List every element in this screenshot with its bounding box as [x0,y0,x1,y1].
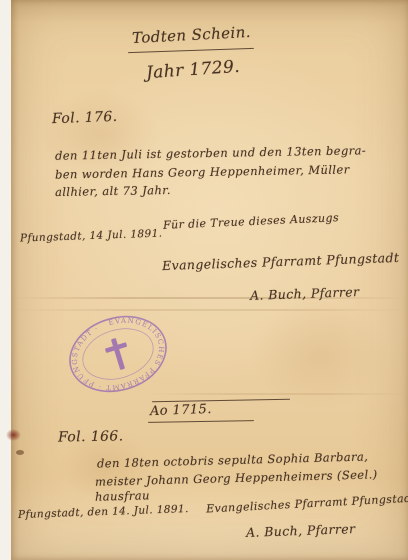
entry1-line3: allhier, alt 73 Jahr. [55,183,171,199]
document-scan: Todten Schein. Jahr 1729. Fol. 176. den … [0,0,408,560]
entry2-line3: hausfrau [95,488,150,503]
folio-number-166: Fol. 166. [58,428,124,445]
cross-icon [103,335,133,372]
year-heading-1715: Ao 1715. [150,402,212,419]
folio-number-176: Fol. 176. [52,109,118,127]
